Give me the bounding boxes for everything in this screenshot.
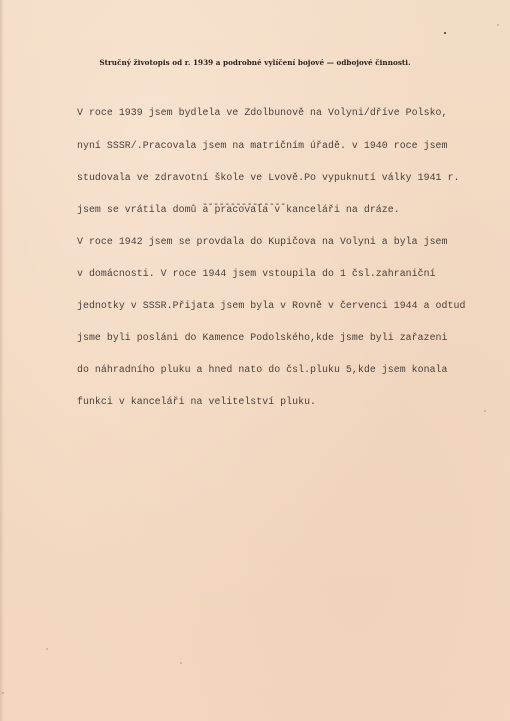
paper-blemish	[180, 662, 182, 664]
body-line: jsme byli posláni do Kamence Podolského,…	[77, 333, 497, 344]
body-line: v domácnosti. V roce 1944 jsem vstoupila…	[77, 269, 497, 280]
typewritten-body: V roce 1939 jsem bydlela ve Zdolbunově n…	[77, 87, 497, 429]
body-line: do náhradního pluku a hned nato do čsl.p…	[77, 365, 497, 376]
dashed-separator: ---------------	[202, 199, 286, 210]
body-line: jsem se vrátila domů a pracovala v kance…	[77, 205, 497, 216]
body-line: V roce 1939 jsem bydlela ve Zdolbunově n…	[77, 108, 497, 119]
body-line: nyní SSSR/.Pracovala jsem na matričním ú…	[77, 141, 497, 152]
ink-speck	[444, 32, 446, 34]
paper-blemish	[46, 648, 48, 650]
scanned-document-page: Stručný životopis od r. 1939 a podrobné …	[0, 0, 510, 721]
body-line: V roce 1942 jsem se provdala do Kupičova…	[77, 237, 497, 248]
body-line: jednotky v SSSR.Přijata jsem byla v Rovn…	[77, 301, 497, 312]
body-line: studovala ve zdravotní škole ve Lvově.Po…	[77, 173, 497, 184]
paper-blemish	[497, 24, 499, 26]
paper-blemish	[484, 410, 486, 412]
paper-blemish	[2, 692, 4, 694]
body-line: funkci v kanceláři na velitelství pluku.	[77, 397, 497, 408]
document-heading: Stručný životopis od r. 1939 a podrobné …	[0, 58, 510, 67]
